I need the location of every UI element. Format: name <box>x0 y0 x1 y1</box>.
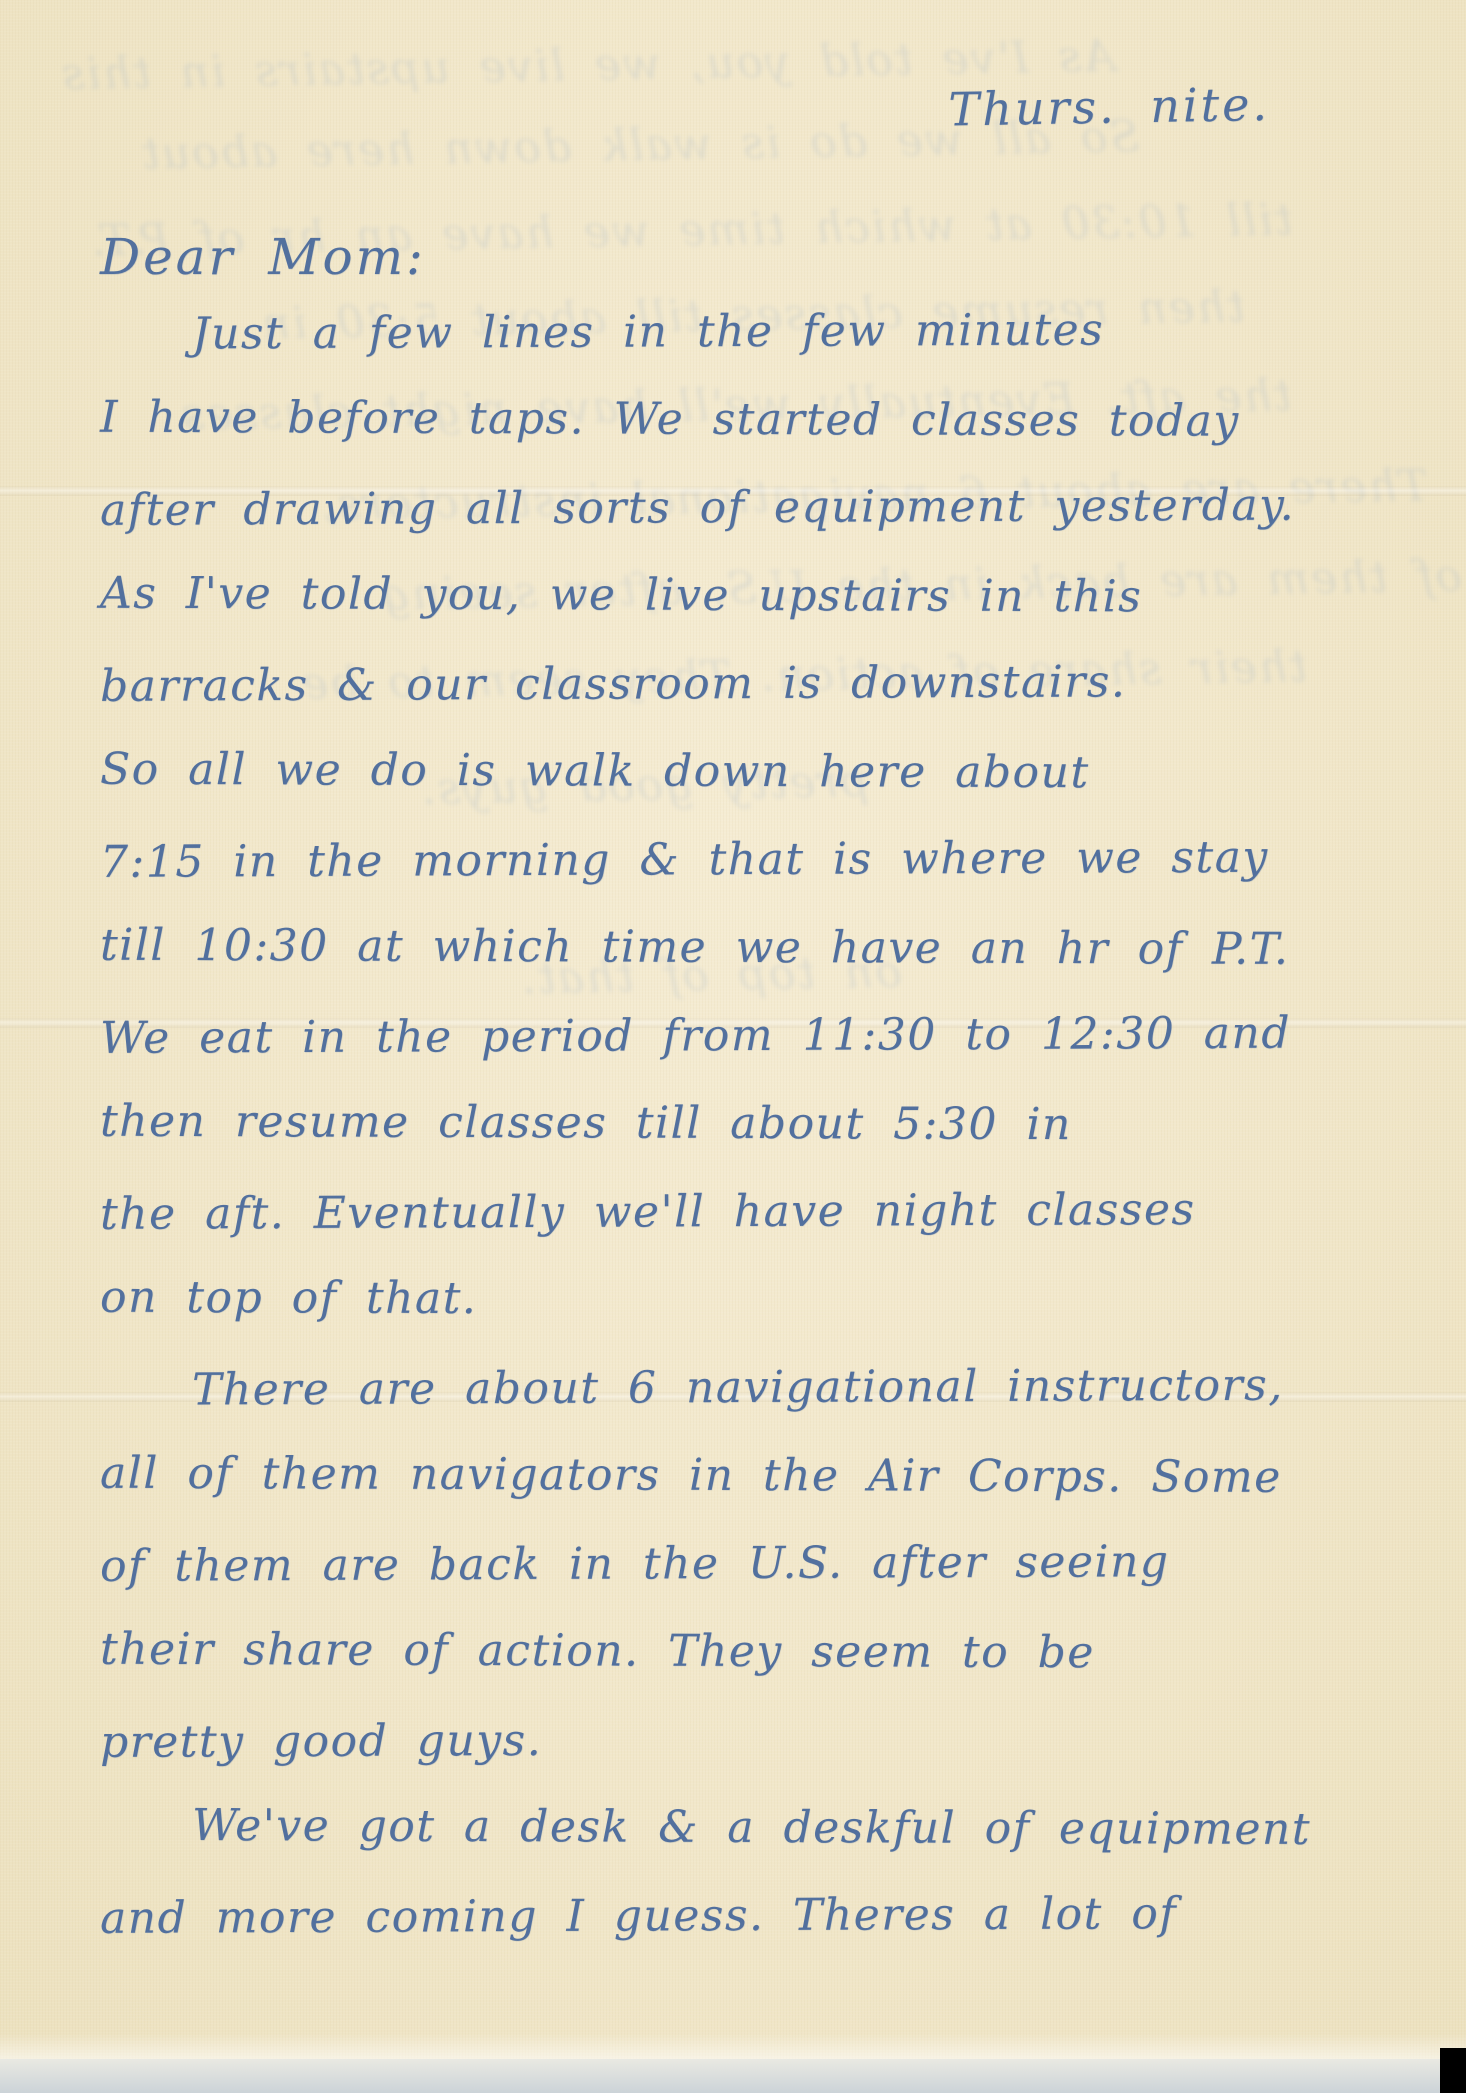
salutation: Dear Mom: <box>100 228 426 286</box>
letter-line: As I've told you, we live upstairs in th… <box>100 550 1410 643</box>
letter-line: I have before taps. We started classes t… <box>100 374 1410 467</box>
letter-line: after drawing all sorts of equipment yes… <box>100 461 1410 555</box>
paper-bottom-edge <box>0 2033 1466 2059</box>
letter-line: So all we do is walk down here about <box>100 726 1410 819</box>
letter-line: all of them navigators in the Air Corps.… <box>100 1430 1410 1523</box>
letter-line: and more coming I guess. Theres a lot of <box>100 1869 1410 1963</box>
letter-line: of them are back in the U.S. after seein… <box>100 1517 1410 1611</box>
letter-line: the aft. Eventually we'll have night cla… <box>100 1165 1410 1259</box>
letter-line: till 10:30 at which time we have an hr o… <box>100 902 1410 995</box>
letter-line: then resume classes till about 5:30 in <box>100 1078 1410 1171</box>
letter-line: There are about 6 navigational instructo… <box>100 1341 1410 1435</box>
letter-line: Just a few lines in the few minutes <box>100 285 1410 379</box>
scanner-corner-mark <box>1440 2048 1466 2093</box>
letter-line: We've got a desk & a deskful of equipmen… <box>100 1782 1410 1875</box>
letter-line: pretty good guys. <box>100 1693 1410 1787</box>
letter-line: We eat in the period from 11:30 to 12:30… <box>100 989 1410 1083</box>
scan-edge-strip <box>0 2059 1466 2093</box>
letter-line: barracks & our classroom is downstairs. <box>100 637 1410 731</box>
letter-line: on top of that. <box>100 1254 1410 1347</box>
letter-body: Just a few lines in the few minutes I ha… <box>100 288 1410 1960</box>
letter-line: their share of action. They seem to be <box>100 1606 1410 1699</box>
letter-line: 7:15 in the morning & that is where we s… <box>100 813 1410 907</box>
